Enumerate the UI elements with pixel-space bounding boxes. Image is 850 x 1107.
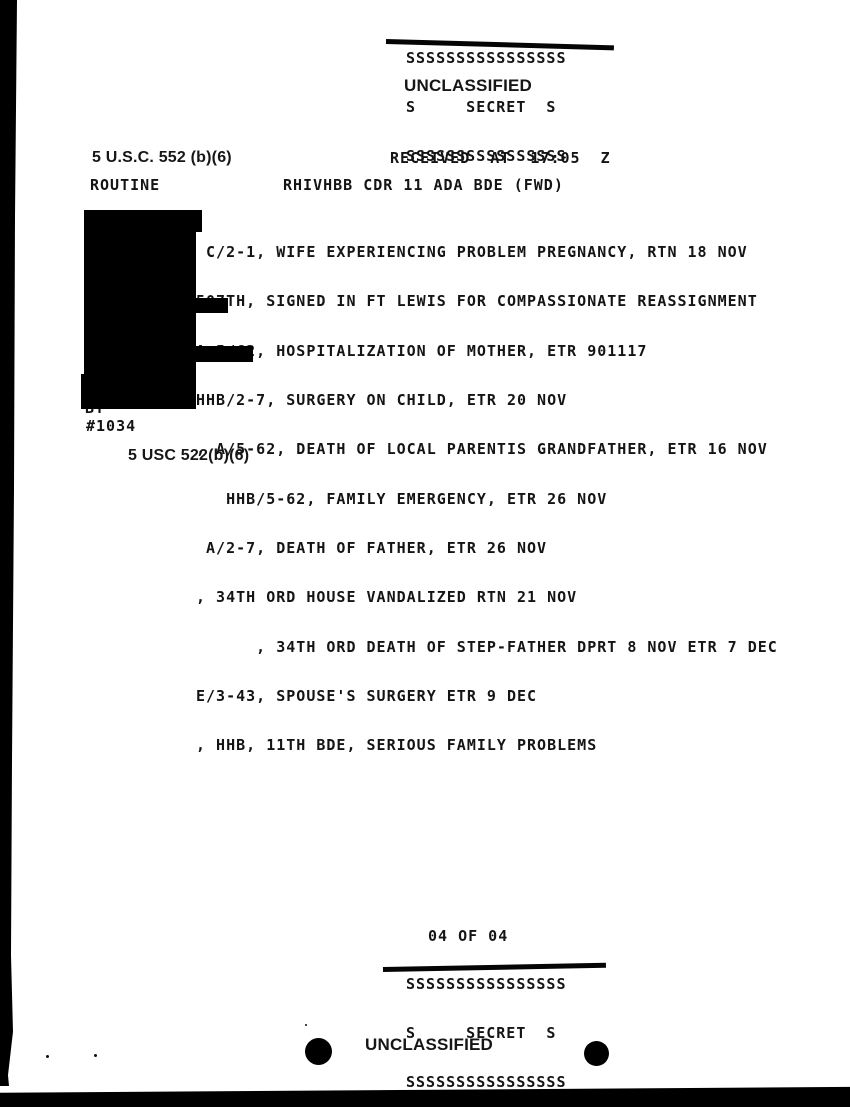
scan-speck xyxy=(305,1024,307,1026)
scan-edge-left xyxy=(0,0,18,1086)
body-line: A/2-7, DEATH OF FATHER, ETR 26 NOV xyxy=(196,540,778,557)
redaction-rect xyxy=(81,374,196,409)
message-number: #1034 xyxy=(86,418,136,434)
body-line: HHB/2-7, SURGERY ON CHILD, ETR 20 NOV xyxy=(196,392,778,409)
body-line: A 5/62, HOSPITALIZATION OF MOTHER, ETR 9… xyxy=(196,343,778,360)
hole-punch-left xyxy=(305,1038,332,1065)
body-line: , 34TH ORD HOUSE VANDALIZED RTN 21 NOV xyxy=(196,589,778,606)
page-count: 04 OF 04 xyxy=(428,928,508,944)
redaction-rect xyxy=(196,346,253,362)
unclassified-stamp-top: UNCLASSIFIED xyxy=(404,76,532,96)
foia-annotation-top: 5 U.S.C. 552 (b)(6) xyxy=(92,149,232,167)
routing-address: RHIVHBB CDR 11 ADA BDE (FWD) xyxy=(283,177,564,193)
body-line: , HHB, 11TH BDE, SERIOUS FAMILY PROBLEMS xyxy=(196,737,778,754)
scanned-document-page: { "doc": { "top_classification": { "s_ro… xyxy=(0,0,850,1107)
hole-punch-right xyxy=(584,1041,609,1066)
unclassified-stamp-bottom: UNCLASSIFIED xyxy=(365,1035,493,1055)
classification-s-row: SSSSSSSSSSSSSSSS xyxy=(406,50,567,67)
redaction-rect xyxy=(196,298,228,313)
body-line: C/2-1, WIFE EXPERIENCING PROBLEM PREGNAN… xyxy=(196,244,778,261)
scan-speck xyxy=(46,1055,49,1058)
body-line: E/3-43, SPOUSE'S SURGERY ETR 9 DEC xyxy=(196,688,778,705)
classification-s-row: SSSSSSSSSSSSSSSS xyxy=(406,1074,567,1091)
scan-speck xyxy=(94,1054,97,1057)
received-timestamp: RECEIVED AT 17:05 Z xyxy=(390,150,611,166)
classification-s-row: SSSSSSSSSSSSSSSS xyxy=(406,976,567,993)
classification-secret-row: S SECRET S xyxy=(406,99,567,116)
message-body: C/2-1, WIFE EXPERIENCING PROBLEM PREGNAN… xyxy=(196,212,778,771)
body-line: HHB/5-62, FAMILY EMERGENCY, ETR 26 NOV xyxy=(196,491,778,508)
body-line: 507TH, SIGNED IN FT LEWIS FOR COMPASSION… xyxy=(196,293,778,310)
body-line: , 34TH ORD DEATH OF STEP-FATHER DPRT 8 N… xyxy=(196,639,778,656)
precedence-label: ROUTINE xyxy=(90,177,160,193)
body-line: , A/5-62, DEATH OF LOCAL PARENTIS GRANDF… xyxy=(196,441,778,458)
